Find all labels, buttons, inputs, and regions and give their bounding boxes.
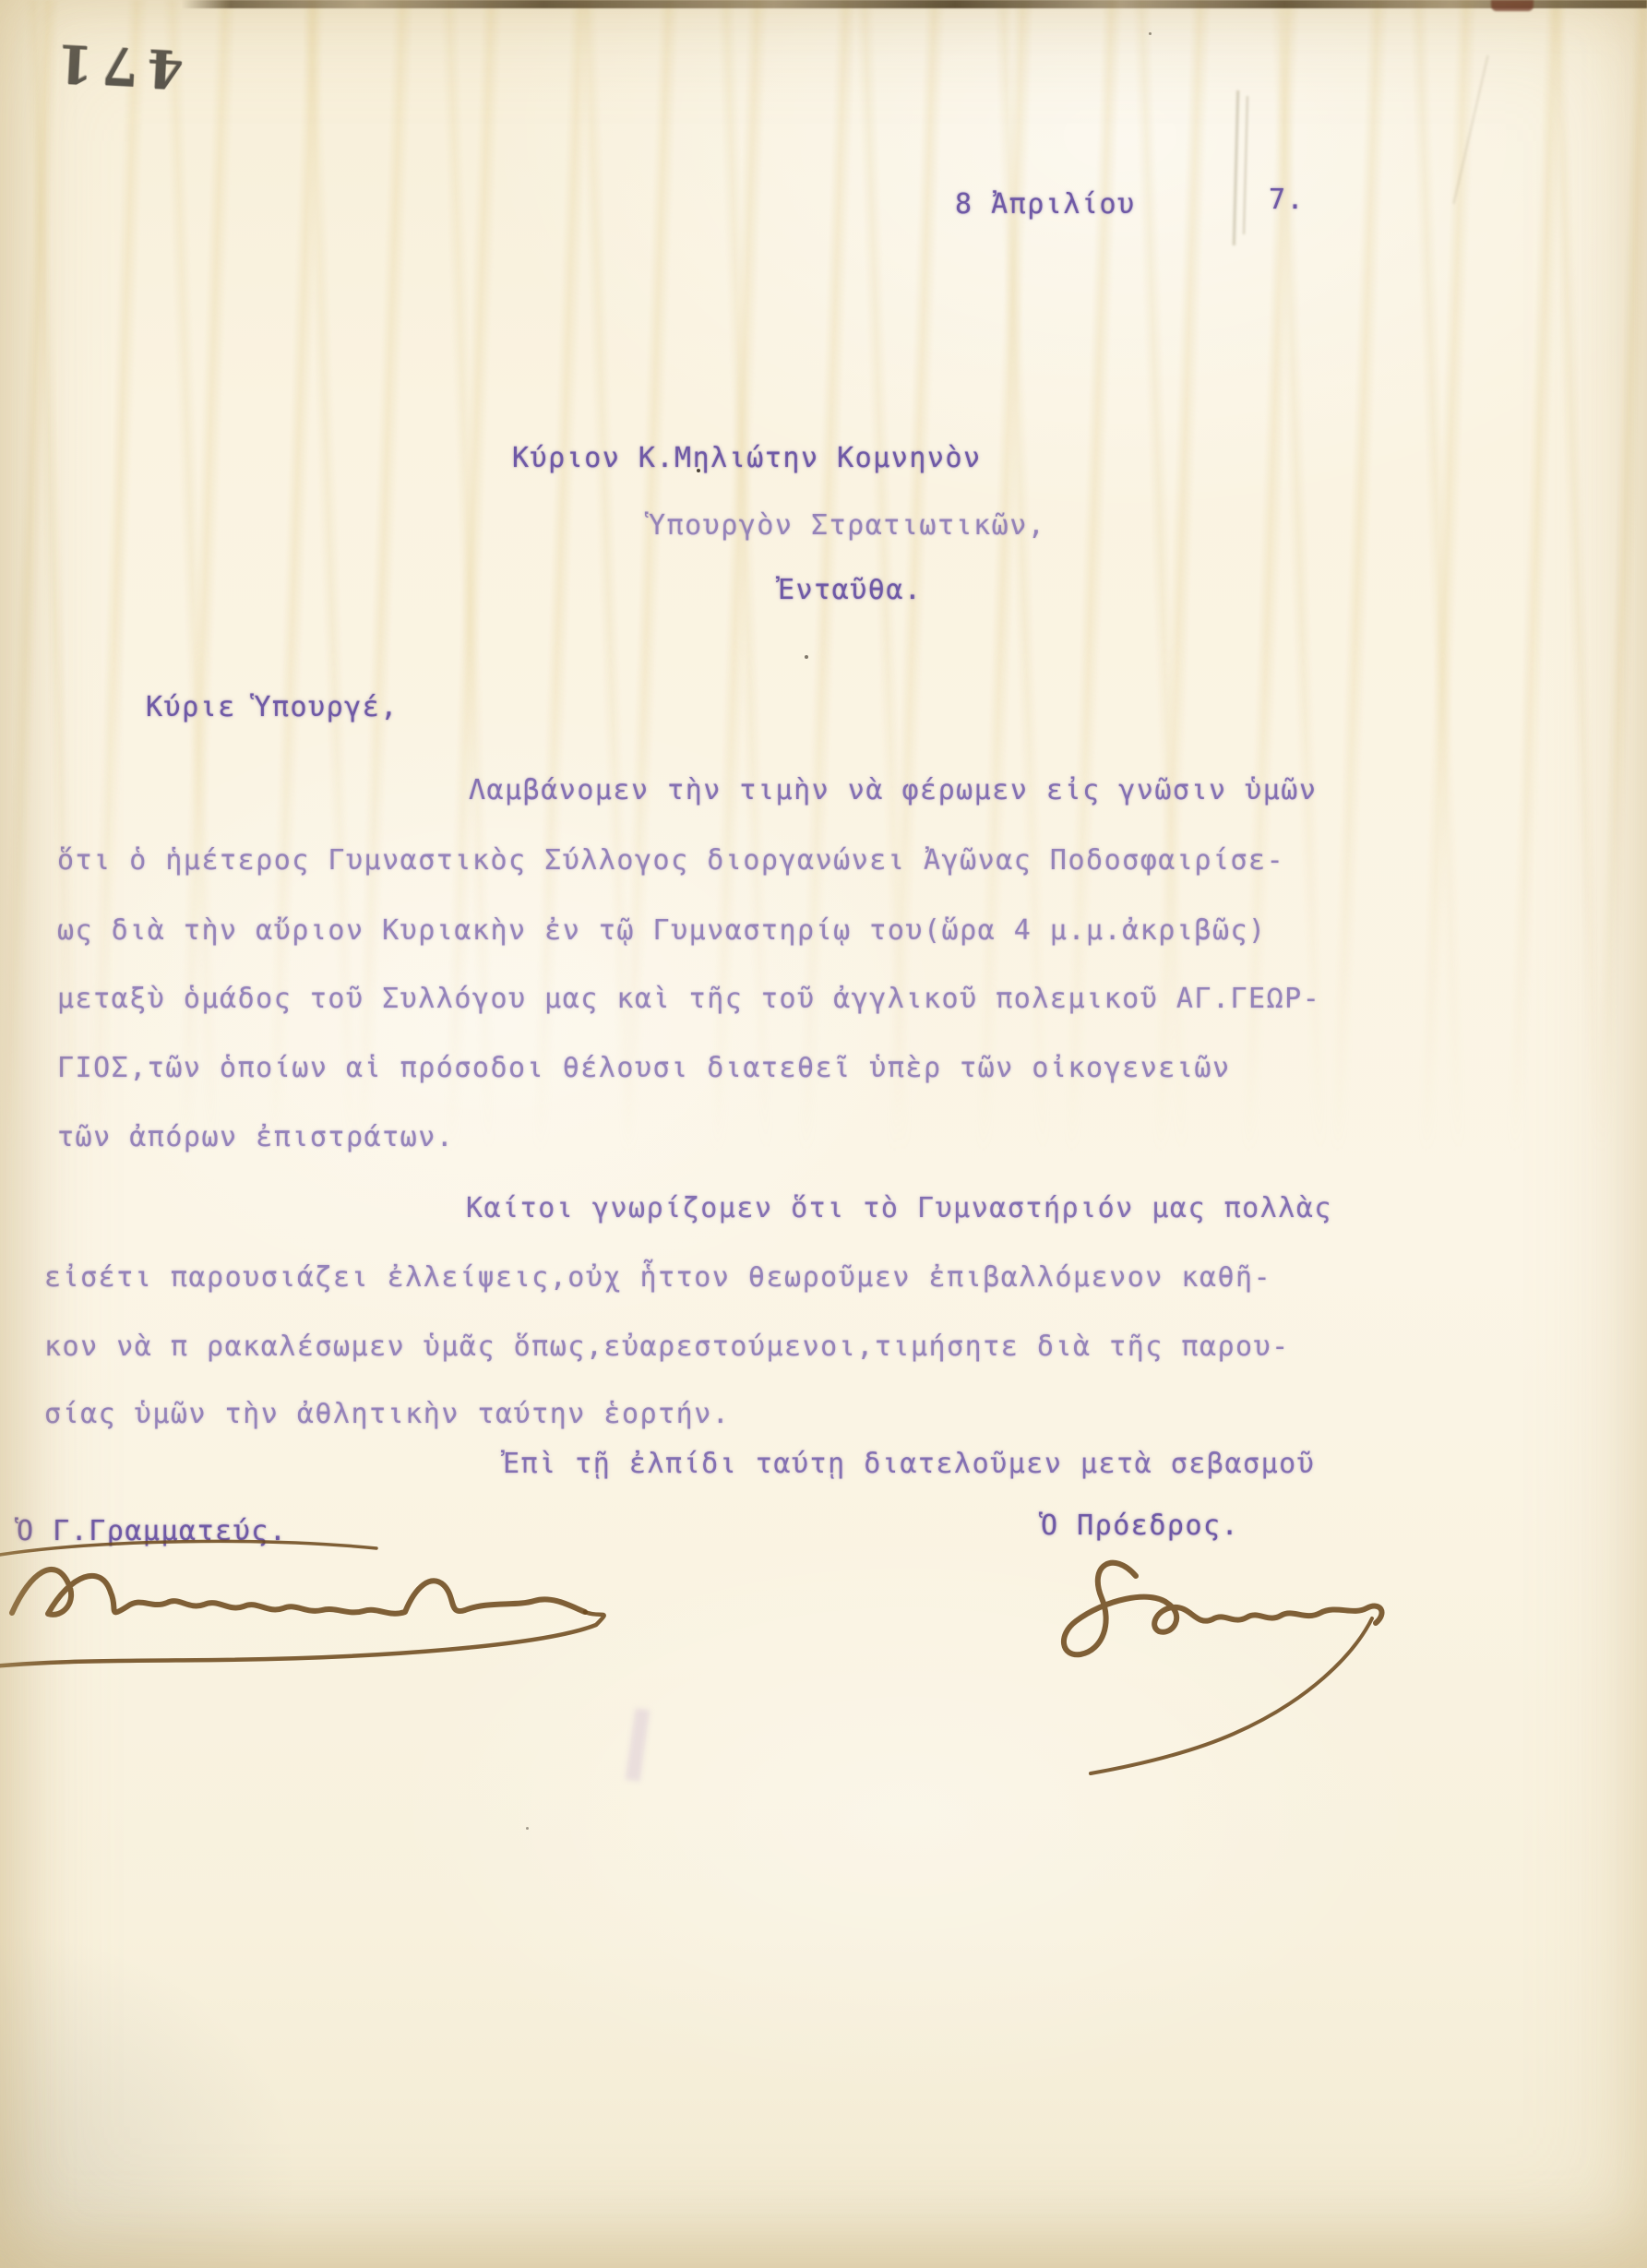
letter-page: 471 8 Ἀπριλίου 7. Κύριον Κ.Μηλιώτην Κομν…: [0, 0, 1647, 2268]
scan-vignette: [0, 0, 1647, 2268]
